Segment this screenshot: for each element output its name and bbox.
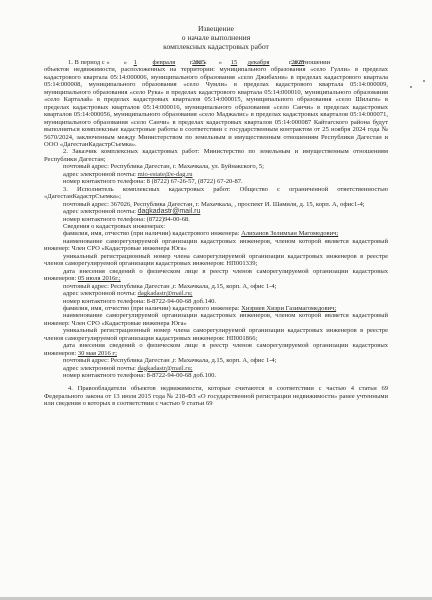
engineer-2-phone: номер контактного телефона: 8-8722-94-00… bbox=[44, 372, 388, 379]
engineer-1-sro: наименование саморегулируемой организаци… bbox=[44, 238, 388, 253]
section-3-email: адрес электронной почты: dagkadastr@mail… bbox=[44, 208, 388, 215]
value: Республика Дагестан ,г. Махачкала, д.15,… bbox=[111, 357, 277, 364]
end-year: 2025 bbox=[267, 59, 287, 66]
section-1-period: 1. В период с «1» февраля 2025 г. по «15… bbox=[44, 59, 388, 66]
reg-number: НП001339; bbox=[226, 260, 257, 267]
period-suffix: г. в отношении bbox=[289, 59, 330, 66]
engineer-1-phone: номер контактного телефона: 8-8722-94-00… bbox=[44, 298, 388, 305]
label: адрес электронной почты: bbox=[63, 171, 136, 178]
label: адрес электронной почты: bbox=[63, 365, 136, 372]
engineers-heading: Сведения о кадастровых инженерах: bbox=[44, 223, 388, 230]
label: адрес электронной почты: bbox=[63, 208, 136, 215]
engineer-2-sro: наименование саморегулируемой организаци… bbox=[44, 312, 388, 327]
period-mid: г. по « bbox=[190, 59, 207, 66]
period-prefix: 1. В период с bbox=[68, 59, 105, 66]
label: номер контактного телефона: bbox=[63, 216, 145, 223]
reg-date: 05 июля 2016г.; bbox=[78, 275, 121, 282]
engineer-1-reg: уникальный регистрационный номер члена с… bbox=[44, 253, 388, 268]
section-2-intro: 2. Заказчик комплексных кадастровых рабо… bbox=[44, 148, 388, 163]
start-day: 1 bbox=[110, 59, 124, 66]
section-2-postal: почтовый адрес: Республика Дагестан, г. … bbox=[44, 163, 388, 170]
end-month: декабря bbox=[224, 59, 266, 66]
label: адрес электронной почты: bbox=[63, 290, 136, 297]
engineer-1-date: дата внесения сведений о физическом лице… bbox=[44, 268, 388, 283]
notice-document: Извещение о начале выполнения комплексны… bbox=[44, 24, 388, 408]
engineer-name: Алиханов Зелимхан Магомедович; bbox=[241, 230, 338, 237]
engineer-1-name: фамилия, имя, отчество (при наличии) кад… bbox=[44, 230, 388, 237]
reg-number: НП001866; bbox=[226, 335, 257, 342]
label: номер контактного телефона: bbox=[63, 372, 145, 379]
label: почтовый адрес: bbox=[63, 283, 109, 290]
label: фамилия, имя, отчество (при наличии) кад… bbox=[63, 305, 240, 312]
value: 8 (8722) 67-26-57, (8722) 67-20-87. bbox=[147, 178, 243, 185]
scan-speck bbox=[423, 80, 425, 82]
reg-date: 30 мая 2016 г; bbox=[78, 350, 117, 357]
contractor-email-link[interactable]: dagkadastr@mail.ru bbox=[138, 208, 201, 215]
customer-email-link[interactable]: mio-estate@e-dag.ru bbox=[138, 171, 193, 178]
document-title: Извещение о начале выполнения комплексны… bbox=[44, 24, 388, 51]
start-month: февраля bbox=[129, 59, 167, 66]
label: фамилия, имя, отчество (при наличии) кад… bbox=[63, 230, 240, 237]
value: 8-8722-94-00-68 доб.100. bbox=[147, 372, 216, 379]
value: Республика Дагестан, г. Махачкала, ул. Б… bbox=[111, 163, 264, 170]
label: номер контактного телефона: bbox=[63, 178, 145, 185]
label: уникальный регистрационный номер члена с… bbox=[44, 327, 388, 341]
value: Республика Дагестан ,г. Махачкала, д.15,… bbox=[111, 283, 277, 290]
section-2-email: адрес электронной почты: mio-estate@e-da… bbox=[44, 171, 388, 178]
section-2-phone: номер контактного телефона: 8 (8722) 67-… bbox=[44, 178, 388, 185]
label: почтовый адрес: bbox=[63, 357, 109, 364]
title-line-1: Извещение bbox=[44, 24, 388, 33]
engineer-2-reg: уникальный регистрационный номер члена с… bbox=[44, 327, 388, 342]
scan-speck bbox=[410, 86, 412, 88]
value: (8722)94-00-68. bbox=[147, 216, 190, 223]
title-line-2: о начале выполнения bbox=[44, 33, 388, 42]
label: почтовый адрес: bbox=[63, 201, 109, 208]
engineer-1-email-link[interactable]: dagkadastr@mail.ru; bbox=[138, 290, 193, 297]
engineer-1-postal: почтовый адрес: Республика Дагестан ,г. … bbox=[44, 283, 388, 290]
label: уникальный регистрационный номер члена с… bbox=[44, 253, 388, 267]
engineer-2-postal: почтовый адрес: Республика Дагестан ,г. … bbox=[44, 357, 388, 364]
section-3-phone: номер контактного телефона: (8722)94-00-… bbox=[44, 216, 388, 223]
engineer-name: Хизриев Хизри Газимагомедович; bbox=[241, 305, 336, 312]
engineer-2-date: дата внесения сведений о физическом лице… bbox=[44, 342, 388, 357]
section-4-text: 4. Правообладатели объектов недвижимости… bbox=[44, 385, 388, 407]
start-year: 2025 bbox=[168, 59, 188, 66]
title-line-3: комплексных кадастровых работ bbox=[44, 42, 388, 51]
value: 367026, Республика Дагестан, г. Махачкал… bbox=[111, 201, 365, 208]
label: номер контактного телефона: bbox=[63, 298, 145, 305]
engineer-1-email: адрес электронной почты: dagkadastr@mail… bbox=[44, 290, 388, 297]
engineer-2-name: фамилия, имя, отчество (при наличии) кад… bbox=[44, 305, 388, 312]
engineer-2-email-link[interactable]: dagkadastr@mail.ru; bbox=[138, 365, 193, 372]
engineer-2-email: адрес электронной почты: dagkadastr@mail… bbox=[44, 365, 388, 372]
end-day: 15 bbox=[207, 59, 219, 66]
label: почтовый адрес: bbox=[63, 163, 109, 170]
section-1-body: объектов недвижимости, расположенных на … bbox=[44, 66, 388, 148]
section-3-postal: почтовый адрес: 367026, Республика Дагес… bbox=[44, 201, 388, 208]
value: 8-8722-94-00-68 доб.140. bbox=[147, 298, 216, 305]
section-3-intro: 3. Исполнитель комплексных кадастровых р… bbox=[44, 186, 388, 201]
